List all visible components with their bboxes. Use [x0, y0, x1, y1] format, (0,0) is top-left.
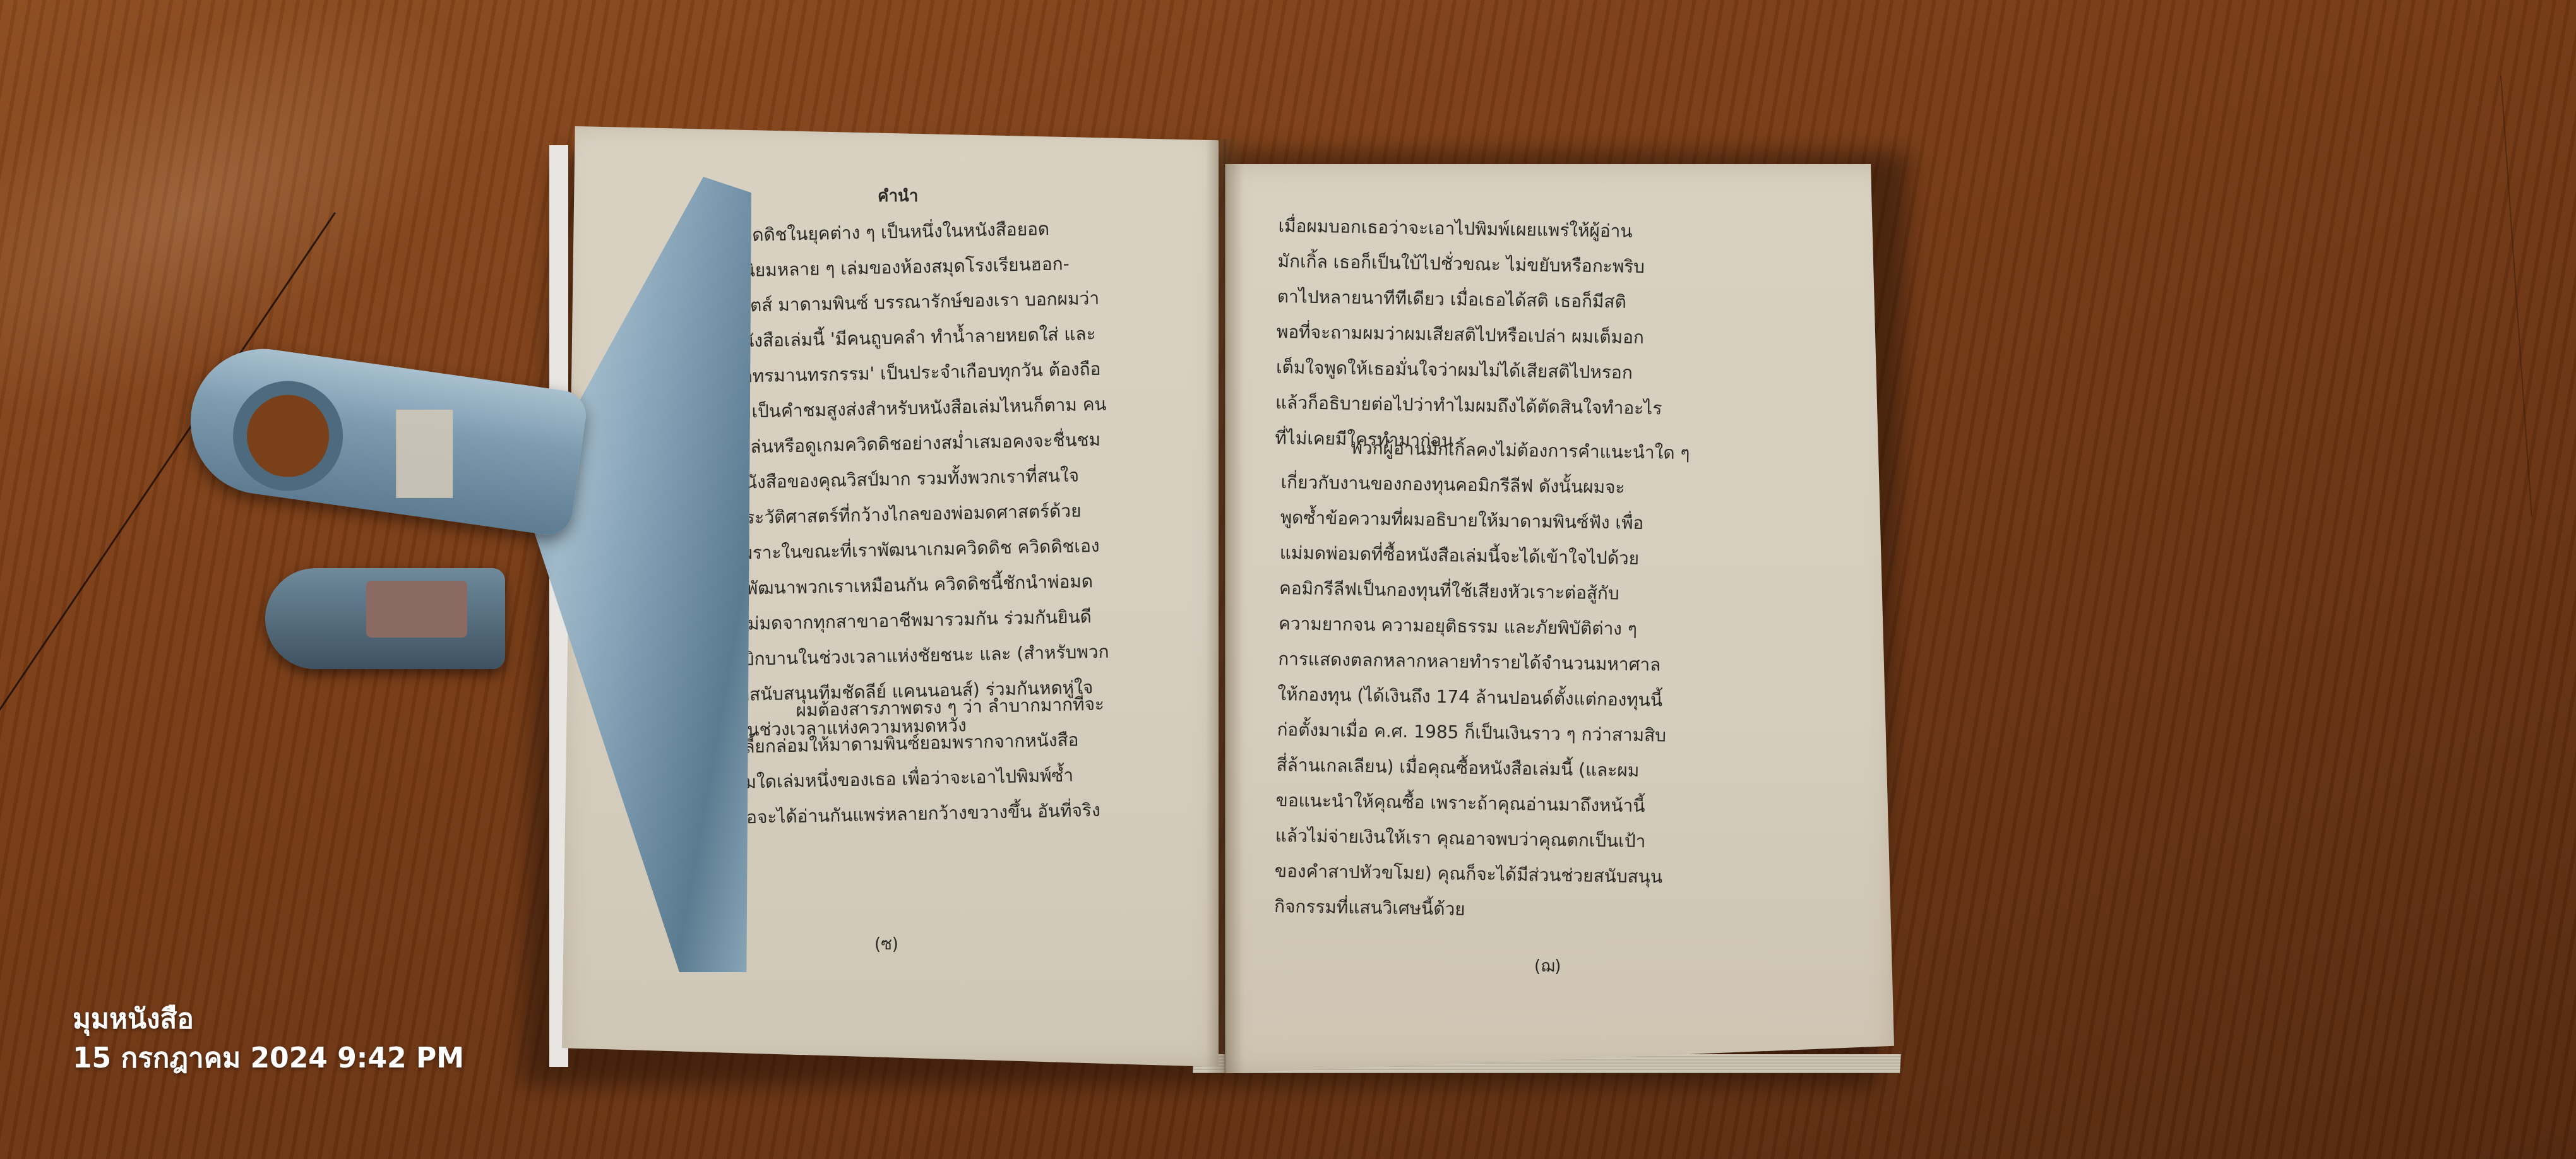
text-line: ของคำสาปหัวขโมย) คุณก็จะได้มีส่วนช่วยสนั…: [1275, 853, 1684, 895]
right-page-number: (ฌ): [1534, 953, 1561, 979]
text-line: เต็มใจพูดให้เธอมั่นใจว่าผมไม่ได้เสียสติไ…: [1276, 350, 1663, 391]
binder-clip-hole: [226, 374, 350, 498]
text-line: คอมิกรีลีฟเป็นกองทุนที่ใช้เสียงหัวเราะต่…: [1279, 571, 1688, 612]
text-line: พูดซ้ำข้อความที่ผมอธิบายให้มาดามพินซ์ฟัง…: [1280, 500, 1689, 542]
text-line: เมื่อผมบอกเธอว่าจะเอาไปพิมพ์เผยแพร่ให้ผู…: [1278, 208, 1665, 250]
watermark-datetime: 15 กรกฎาคม 2024 9:42 PM: [73, 1038, 464, 1079]
text-line: ให้กองทุน (ได้เงินถึง 174 ล้านปอนด์ตั้งแ…: [1277, 677, 1686, 718]
text-line: มักเกิ้ล เธอก็เป็นใบ้ไปชั่วขณะ ไม่ขยับหร…: [1277, 244, 1664, 285]
text-line: สี่ล้านเกลเลียน) เมื่อคุณซื้อหนังสือเล่ม…: [1276, 747, 1685, 789]
text-line: แล้วไม่จ่ายเงินให้เรา คุณอาจพบว่าคุณตกเป…: [1275, 818, 1684, 860]
binder-clip-plate: [511, 177, 751, 972]
photo-watermark: มุมหนังสือ 15 กรกฎาคม 2024 9:42 PM: [73, 1001, 464, 1079]
text-line: กิจกรรมที่แสนวิเศษนี้ด้วย: [1274, 889, 1683, 930]
left-page-paragraph-1-head: วิดดิชในยุคต่าง ๆ เป็นหนึ่งในหนังสือยอด …: [742, 211, 1070, 288]
text-line: เกี่ยวกับงานของกองทุนคอมิกรีลีฟ ดังนั้นผ…: [1280, 465, 1690, 506]
left-page-paragraph-1: วอตส์ มาดามพินซ์ บรรณารักษ์ของเรา บอกผมว…: [729, 281, 1114, 748]
right-page-paragraph-1: เมื่อผมบอกเธอว่าจะเอาไปพิมพ์เผยแพร่ให้ผู…: [1275, 208, 1665, 462]
text-line: แล้วก็อธิบายต่อไปว่าทำไมผมถึงได้ตัดสินใจ…: [1275, 385, 1662, 427]
text-line: ความยากจน ความอยุติธรรม และภัยพิบัติต่าง…: [1279, 606, 1688, 648]
binder-clip: [183, 177, 751, 997]
binder-clip-tape: [396, 410, 453, 498]
text-line: แม่มดพ่อมดที่ซื้อหนังสือเล่มนี้จะได้เข้า…: [1279, 535, 1688, 577]
binder-clip-handle: [181, 340, 589, 538]
book-gutter: [1206, 139, 1244, 1073]
text-line: ก่อตั้งมาเมื่อ ค.ศ. 1985 ก็เป็นเงินราว ๆ…: [1277, 712, 1686, 754]
text-line: พอที่จะถามผมว่าผมเสียสติไปหรือเปล่า ผมเต…: [1276, 314, 1663, 356]
watermark-title: มุมหนังสือ: [73, 1001, 464, 1038]
right-page-paragraph-2: พวกผู้อ่านมักเกิ้ลคงไม่ต้องการคำแนะนำใด …: [1274, 429, 1690, 930]
text-line: พวกผู้อ่านมักเกิ้ลคงไม่ต้องการคำแนะนำใด …: [1281, 429, 1690, 471]
table-plank-seam: [2500, 76, 2532, 516]
left-page-paragraph-2: ผมต้องสารภาพตรง ๆ ว่า ลำบากมากที่จะ เกลี…: [726, 686, 1107, 835]
left-page-number: (ซ): [874, 931, 898, 957]
text-line: ตาไปหลายนาทีทีเดียว เมื่อเธอได้สติ เธอก็…: [1277, 279, 1664, 321]
binder-clip-spring: [366, 581, 467, 638]
page-title: คำนำ: [878, 183, 918, 209]
text-line: ขอแนะนำให้คุณซื้อ เพราะถ้าคุณอ่านมาถึงหน…: [1275, 783, 1685, 824]
text-line: การแสดงตลกหลากหลายทำรายได้จำนวนมหาศาล: [1278, 641, 1687, 683]
